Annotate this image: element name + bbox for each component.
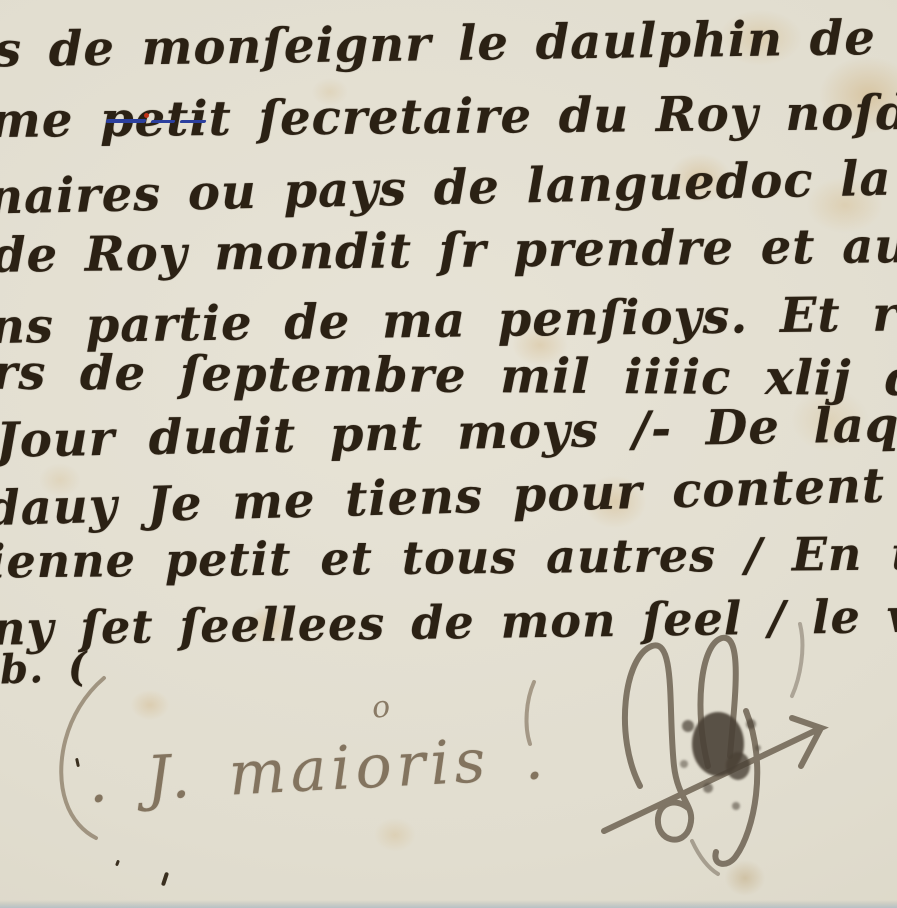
ink-fleck bbox=[115, 860, 120, 867]
manuscript-line: naires ou pays de languedoc la Somm bbox=[0, 146, 897, 225]
ink-fleck bbox=[161, 872, 169, 887]
archival-annotation bbox=[104, 113, 208, 127]
blue-ink-stroke bbox=[180, 120, 207, 123]
notary-paraph bbox=[596, 616, 846, 886]
signature-ascender-stroke bbox=[514, 678, 544, 748]
blue-ink-stroke bbox=[151, 120, 176, 123]
red-dot-mark bbox=[144, 113, 149, 118]
manuscript-line: de Roy mondit ſr prendre et auoir ch bbox=[0, 216, 897, 283]
manuscript-line: rs de ſeptembre mil iiiic xlij de bbox=[0, 345, 897, 408]
manuscript-line: ns partie de ma penſioys. Et re p bbox=[0, 285, 897, 355]
manuscript-line: dauy Je me tiens pour content ſet bbox=[0, 455, 897, 537]
signature-superscript-o: o bbox=[370, 689, 392, 726]
manuscript-line: ienne petit et tous autres / En teſm bbox=[0, 526, 897, 589]
blue-ink-stroke bbox=[105, 119, 146, 123]
manuscript-page: s de monſeignr le daulphin de viennoys ſ… bbox=[0, 0, 897, 908]
signature: . J. maioris . bbox=[86, 723, 550, 817]
parchment-bottom-edge bbox=[0, 900, 897, 908]
manuscript-line: Jour dudit pnt moys /- De laquell bbox=[0, 395, 897, 469]
manuscript-line: s de monſeignr le daulphin de viennoys ſ bbox=[0, 6, 897, 79]
